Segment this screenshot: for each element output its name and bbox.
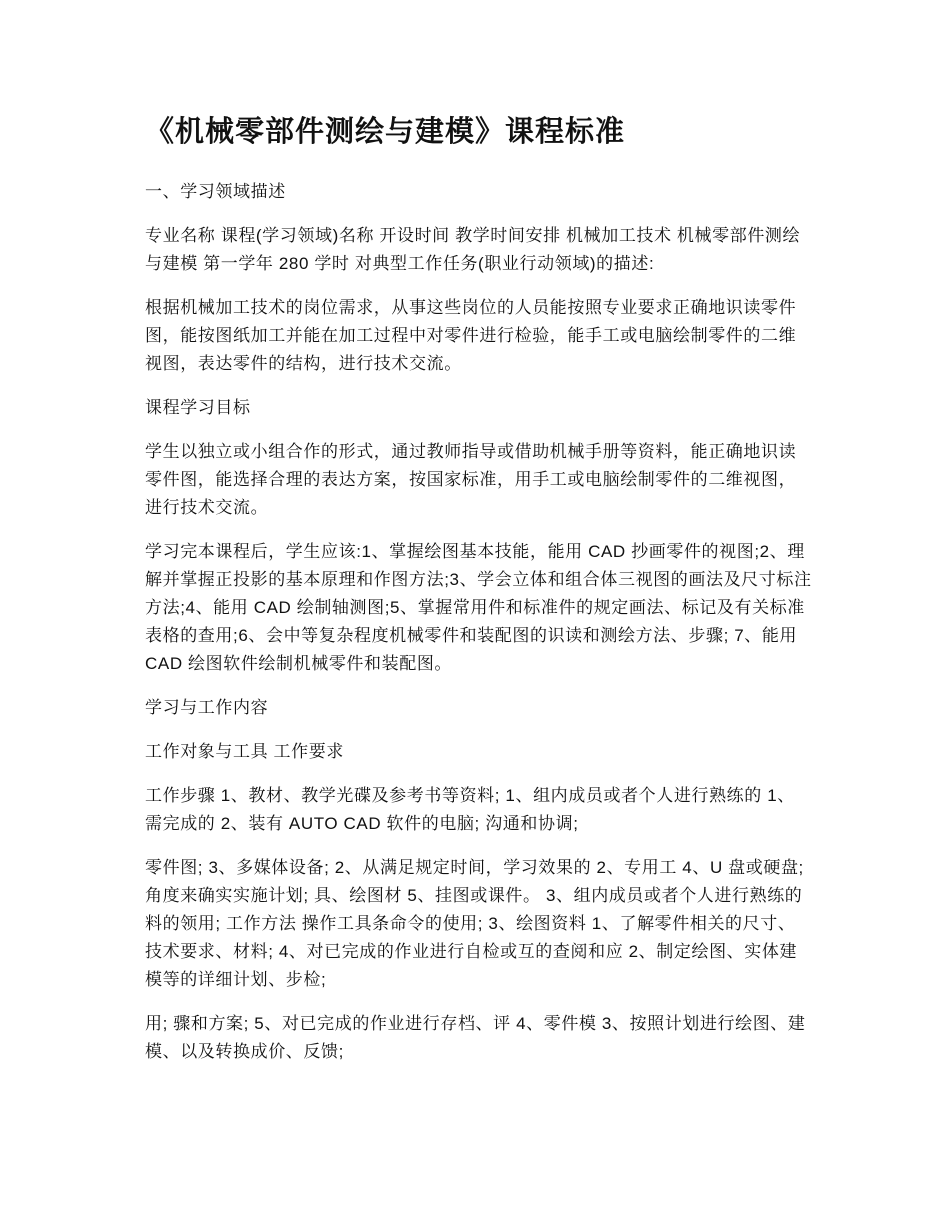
paragraph-job-description: 根据机械加工技术的岗位需求，从事这些岗位的人员能按照专业要求正确地识读零件图，能… — [145, 294, 812, 378]
section-heading-course-goals: 课程学习目标 — [145, 394, 812, 422]
paragraph-work-steps: 工作步骤 1、教材、教学光碟及参考书等资料; 1、组内成员或者个人进行熟练的 1… — [145, 782, 812, 838]
section-heading-learning-domain: 一、学习领域描述 — [145, 178, 812, 206]
document-page: 《机械零部件测绘与建模》课程标准 一、学习领域描述 专业名称 课程(学习领域)名… — [0, 0, 950, 1230]
paragraph-course-info: 专业名称 课程(学习领域)名称 开设时间 教学时间安排 机械加工技术 机械零部件… — [145, 222, 812, 278]
section-heading-learning-work-content: 学习与工作内容 — [145, 694, 812, 722]
section-heading-work-tools-requirements: 工作对象与工具 工作要求 — [145, 738, 812, 766]
paragraph-student-goals: 学生以独立或小组合作的形式，通过教师指导或借助机械手册等资料，能正确地识读零件图… — [145, 438, 812, 522]
paragraph-equipment-methods: 零件图; 3、多媒体设备; 2、从满足规定时间，学习效果的 2、专用工 4、U … — [145, 854, 812, 994]
paragraph-course-outcomes: 学习完本课程后，学生应该:1、掌握绘图基本技能，能用 CAD 抄画零件的视图;2… — [145, 538, 812, 678]
paragraph-archive-feedback: 用; 骤和方案; 5、对已完成的作业进行存档、评 4、零件模 3、按照计划进行绘… — [145, 1010, 812, 1066]
document-title: 《机械零部件测绘与建模》课程标准 — [145, 112, 812, 152]
